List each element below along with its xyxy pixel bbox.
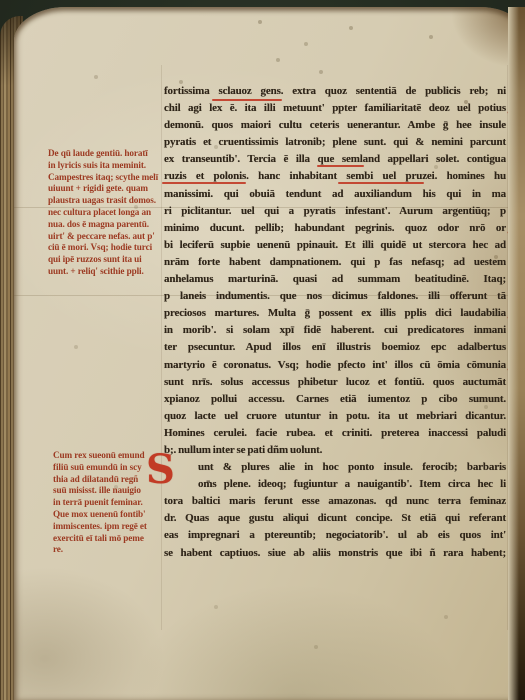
- text-line: eas impregnari a ptereuntib; negociatori…: [164, 527, 506, 544]
- margin-note-line: De qū laude gentiū. horatī: [48, 148, 170, 160]
- foxing-speckles: [14, 7, 16, 9]
- text-line: unt & plures alie in hoc ponto insule. f…: [164, 459, 506, 476]
- margin-note-line: qui ipē ruzzos sunt ita ui: [48, 254, 170, 266]
- text-line: fortissima sclauoz gens. extra quoz sent…: [164, 83, 506, 100]
- text-line: sunt nrīs. solus accessus phibetur lucoz…: [164, 374, 506, 391]
- red-underline-sembi-uel-pruzei: [338, 182, 424, 184]
- margin-note-line: re.: [53, 544, 175, 556]
- text-line: b;. nullum inter se pati dñm uolunt.: [164, 442, 506, 459]
- text-line: se habent captiuos. siue ab aliis monstr…: [164, 545, 506, 562]
- text-line: pyratis et cruentissimis latronib; plene…: [164, 134, 506, 151]
- manuscript-photo: De qū laude gentiū. horatī in lyricis su…: [0, 0, 525, 700]
- margin-note-horace: De qū laude gentiū. horatī in lyricis su…: [48, 148, 170, 278]
- margin-note-line: exercitū eī tali mō peme: [53, 533, 175, 545]
- text-line: p laneis indumentis. que nos dicimus fal…: [164, 288, 506, 305]
- text-line: quoz lacte uel cruore utuntur in potu. i…: [164, 408, 506, 425]
- text-line: Homines cerulei. facie rubea. et criniti…: [164, 425, 506, 442]
- margin-note-line: Campestres itaq; scythe melī: [48, 172, 170, 184]
- binding-gutter-edge: [508, 7, 525, 700]
- margin-note-line: plaustra uagas trasit domos.: [48, 195, 170, 207]
- text-line: manissimi. qui obuiā tendunt ad auxilian…: [164, 186, 506, 203]
- margin-note-line: nec cultura placet longa an: [48, 207, 170, 219]
- red-underline-ruzis-et-polonis: [162, 182, 246, 184]
- text-line: chil agi lex ē. ita illi metuunt' ppter …: [164, 100, 506, 117]
- margin-note-line: in lyricis suis ita meminit.: [48, 160, 170, 172]
- text-line: minimo ducunt. pellib; habundant pegrini…: [164, 220, 506, 237]
- text-line: bi leciferū supbie uenenū ppinauit. Et i…: [164, 237, 506, 254]
- margin-note-line: immiscentes. ipm regē et: [53, 521, 175, 533]
- text-line: demonū. quos maiori cultu ceteris uenera…: [164, 117, 506, 134]
- text-line: dr. Quas aque gustu aliqui dicunt concip…: [164, 510, 506, 527]
- red-underline-semland: [317, 165, 364, 167]
- margin-note-line: ciū ē mori. Vsq; hodie turci: [48, 242, 170, 254]
- text-line: tora baltici maris ferunt esse amazonas.…: [164, 493, 506, 510]
- margin-note-line: uiuunt + rigidi gete. quam: [48, 183, 170, 195]
- margin-note-line: nua. dos ē magna parentū.: [48, 219, 170, 231]
- main-text-block: S fortissima sclauoz gens. extra quoz se…: [164, 83, 506, 562]
- rubric-initial-s: S: [146, 449, 175, 491]
- text-line: xpianoz pollui accessu. Carnes etiā iume…: [164, 391, 506, 408]
- text-line: om̄s plene. ideoq; fugiuntur a nauiganti…: [164, 476, 506, 493]
- text-line: ri piclitantur. uel qui a pyratis infest…: [164, 203, 506, 220]
- margin-note-line: Que mox uenenū fontib': [53, 509, 175, 521]
- margin-note-line: uunt. + reliq' scithie ppli.: [48, 266, 170, 278]
- parchment-page: De qū laude gentiū. horatī in lyricis su…: [14, 7, 525, 700]
- margin-note-line: uirt' & peccare nefas. aut p': [48, 231, 170, 243]
- text-line: nrām forte habent dampnationem. qui p fa…: [164, 254, 506, 271]
- red-underline-sclauoz-gens: [212, 99, 282, 101]
- text-line: ter psecuntur. Apud illos enī illustris …: [164, 339, 506, 356]
- margin-note-line: in terrā puenit feminar.: [53, 497, 175, 509]
- text-line: preciosos martures. Multa ḡ possent ex i…: [164, 305, 506, 322]
- text-line: in morib'. si solam xpī fidē haberent. c…: [164, 322, 506, 339]
- text-line: martyrio ē coronatus. Vsq; hodie pfecto …: [164, 357, 506, 374]
- text-line: anhelamus marturinā. quasi ad summam bea…: [164, 271, 506, 288]
